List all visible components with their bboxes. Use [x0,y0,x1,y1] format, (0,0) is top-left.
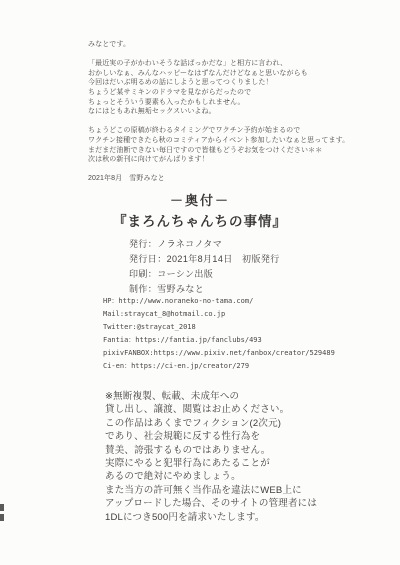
disclaimer-line: また当方の許可無く当作品を違法にWEB上に [105,484,335,497]
pixiv-fanbox-url: pixivFANBOX:https://www.pixiv.net/fanbox… [103,347,335,360]
disclaimer-line: 賛美、誇張するものではありません。 [105,444,335,457]
disclaimer-line: 1DLにつき500円を請求いたします。 [105,511,335,524]
disclaimer-line: この作品はあくまでフィクション(2次元) [105,417,335,430]
afterword-line: 「最近実の子がかわいそうな話ばっかだな」と相方に言われ、 [88,59,348,69]
disclaimer-line: アップロードした場合、そのサイトの管理者には [105,497,335,510]
disclaimer-line: 実際にやると犯罪行為にあたることが [105,457,335,470]
afterword-line: ちょうどこの原稿が終わるタイミングでワクチン予約が始まるので [88,126,348,136]
disclaimer-line: あるので絶対にやめましょう。 [105,470,335,483]
afterword-line: みなとです。 [88,40,348,50]
afterword-text-block: みなとです。 「最近実の子がかわいそうな話ばっかだな」と相方に言われ、 おかしい… [88,40,348,184]
disclaimer-line: であり、社会規範に反する性行為を [105,430,335,443]
afterword-line: おかしいなぁ、みんなハッピーなはずなんだけどなぁと思いながらも [88,69,348,79]
afterword-line: ワクチン接種できたら秋のコミティアからイベント参加したいなぁと思ってます。 [88,136,348,146]
afterword-line: 今回はだいぶ明るめの話にしようと思ってつくりました！ [88,78,348,88]
paragraph-gap [88,165,348,175]
publisher-line: 発行：ノラネコノタマ [129,237,280,252]
afterword-line: ちょうど某サミキンのドラマを見ながらだったので [88,88,348,98]
author-signoff: 2021年8月 雪野みなと [88,174,348,184]
afterword-line: まだまだ油断できない毎日ですので皆様もどうぞお気をつけください＊＊ [88,146,348,156]
twitter-handle: Twitter:@straycat_2018 [103,321,335,334]
contact-links: HP：http://www.noraneko-no-tama.com/ Mail… [103,295,335,373]
ci-en-url: Ci-en：https://ci-en.jp/creator/279 [103,360,335,373]
mail-address: Mail:straycat_8@hotmail.co.jp [103,308,335,321]
printer-line: 印刷：コーシン出版 [129,267,280,282]
copyright-disclaimer: ※無断複製、転載、未成年への 貸し出し、譲渡、閲覧はお止めください。 この作品は… [105,390,335,524]
fantia-url: Fantia：https://fantia.jp/fanclubs/493 [103,334,335,347]
book-title: 『まろんちゃんちの事情』 [0,210,400,230]
afterword-line: ちょっとそういう要素も入ったかもしれません。 [88,98,348,108]
disclaimer-line: ※無断複製、転載、未成年への [105,390,335,403]
homepage-url: HP：http://www.noraneko-no-tama.com/ [103,295,335,308]
paragraph-gap [88,117,348,127]
publication-details: 発行：ノラネコノタマ 発行日：2021年8月14日 初版発行 印刷：コーシン出版… [129,237,280,297]
publish-date-line: 発行日：2021年8月14日 初版発行 [129,252,280,267]
disclaimer-line: 貸し出し、譲渡、閲覧はお止めください。 [105,403,335,416]
afterword-line: 次は秋の新刊に向けてがんばります！ [88,155,348,165]
scanned-colophon-page: みなとです。 「最近実の子がかわいそうな話ばっかだな」と相方に言われ、 おかしい… [0,0,400,565]
paragraph-gap [88,50,348,60]
scan-artifact-mark [0,504,4,511]
scan-artifact-mark [0,514,4,521]
afterword-line: なにはともあれ無垢セックスいいよね。 [88,107,348,117]
colophon-section-title: －奥付－ [0,190,400,209]
